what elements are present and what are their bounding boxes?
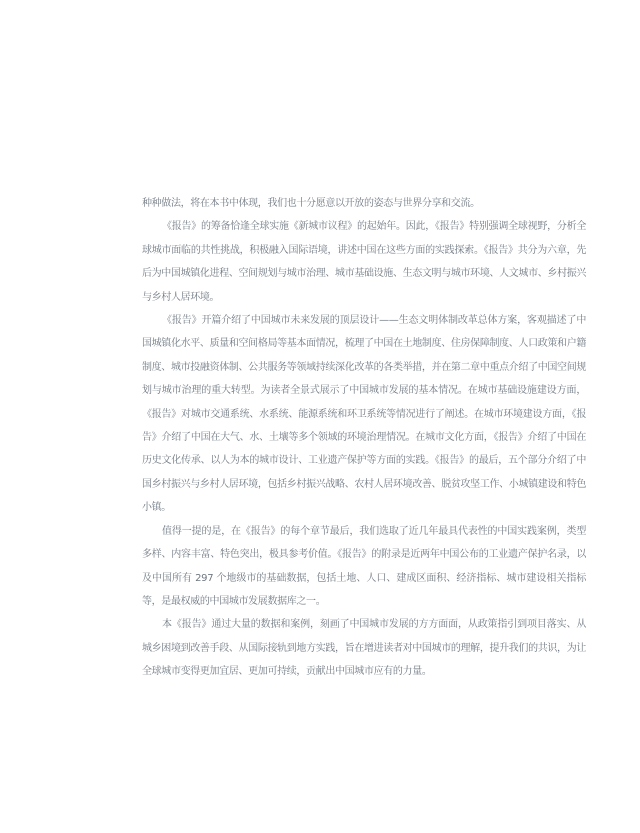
paragraph-closing: 本《报告》通过大量的数据和案例，刻画了中国城市发展的方方面面，从政策指引到项目落… bbox=[142, 613, 586, 683]
paragraph-report-overview: 《报告》的筹备恰逢全球实施《新城市议程》的起始年。因此，《报告》特别强调全球视野… bbox=[142, 215, 586, 309]
paragraph-continuation: 种种做法，将在本书中体现，我们也十分愿意以开放的姿态与世界分享和交流。 bbox=[142, 192, 586, 215]
paragraph-cases-appendix: 值得一提的是，在《报告》的每个章节最后，我们选取了近几年最具代表性的中国实践案例… bbox=[142, 520, 586, 614]
document-page: 种种做法，将在本书中体现，我们也十分愿意以开放的姿态与世界分享和交流。 《报告》… bbox=[0, 0, 640, 833]
preface-text-block: 种种做法，将在本书中体现，我们也十分愿意以开放的姿态与世界分享和交流。 《报告》… bbox=[142, 192, 586, 684]
paragraph-chapter-contents: 《报告》开篇介绍了中国城市未来发展的顶层设计——生态文明体制改革总体方案，客观描… bbox=[142, 309, 586, 520]
